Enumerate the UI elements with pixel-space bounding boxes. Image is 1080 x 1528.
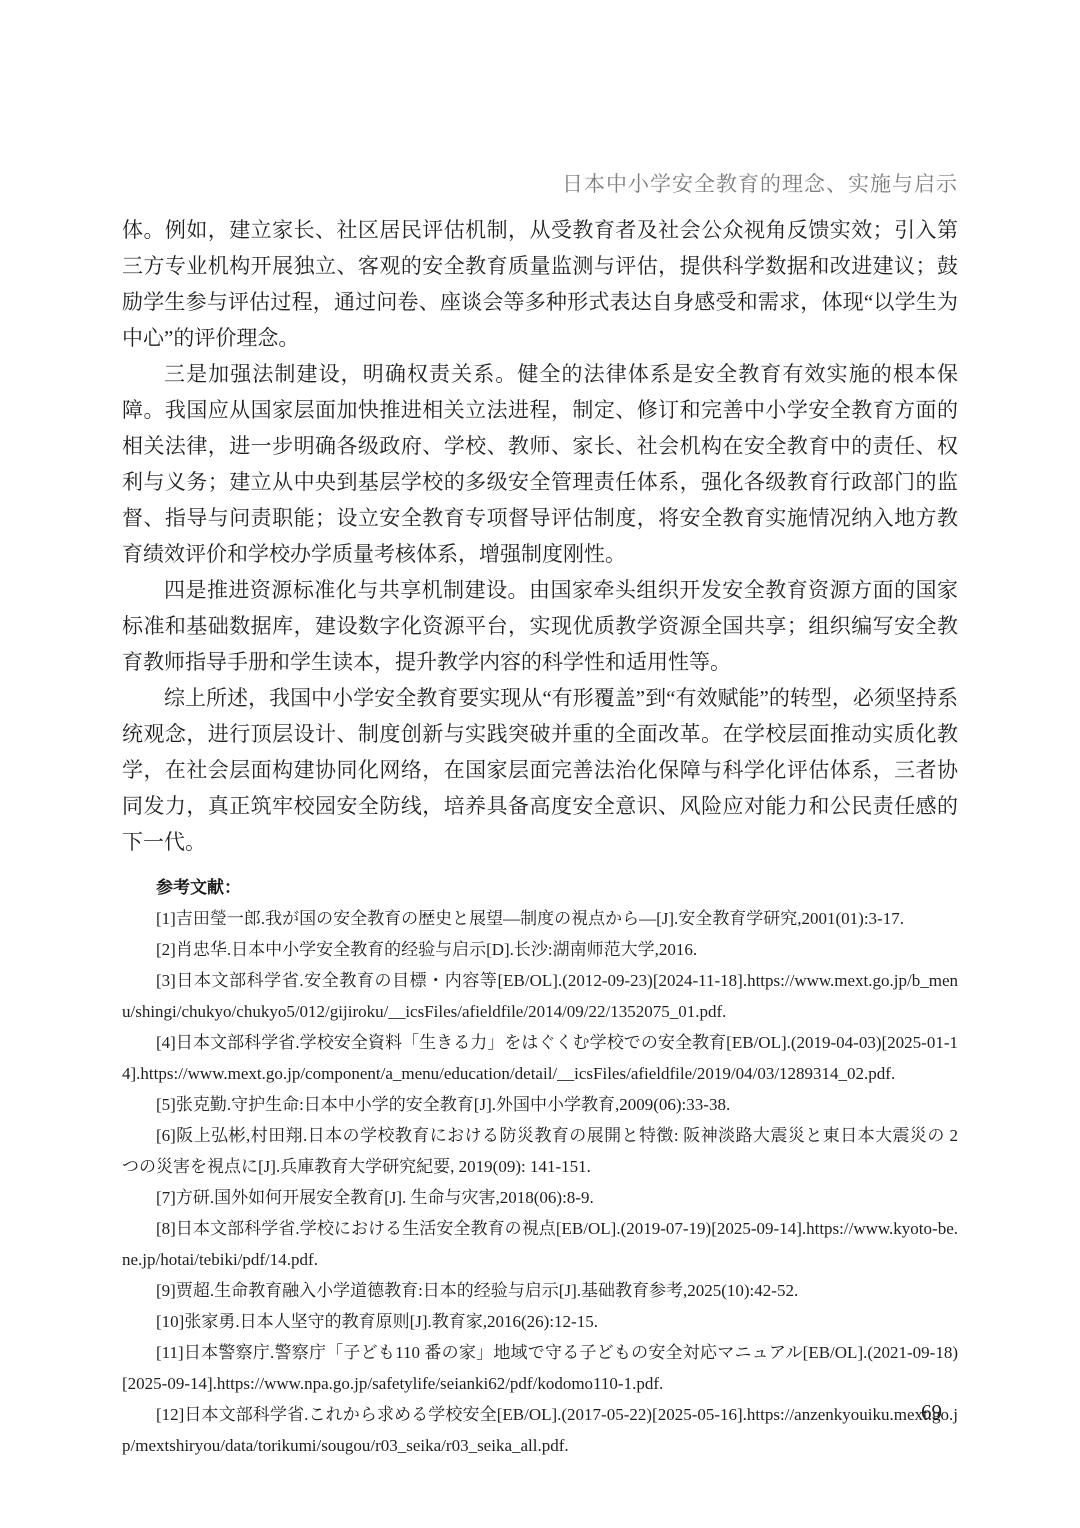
reference-item: [5]张克勤.守护生命:日本中小学的安全教育[J].外国中小学教育,2009(0… [122, 1089, 958, 1120]
reference-item: [2]肖忠华.日本中小学安全教育的经验与启示[D].长沙:湖南师范大学,2016… [122, 934, 958, 965]
paragraph: 三是加强法制建设，明确权责关系。健全的法律体系是安全教育有效实施的根本保障。我国… [122, 356, 958, 572]
reference-item: [11]日本警察庁.警察庁「子ども110 番の家」地域で守る子どもの安全対応マニ… [122, 1337, 958, 1399]
reference-item: [3]日本文部科学省.安全教育の目標・内容等[EB/OL].(2012-09-2… [122, 965, 958, 1027]
references-heading: 参考文献： [122, 872, 958, 903]
reference-item: [1]吉田瑩一郎.我が国の安全教育の歴史と展望―制度の視点から―[J].安全教育… [122, 903, 958, 934]
references-section: 参考文献： [1]吉田瑩一郎.我が国の安全教育の歴史と展望―制度の視点から―[J… [122, 872, 958, 1461]
reference-item: [7]方研.国外如何开展安全教育[J]. 生命与灾害,2018(06):8-9. [122, 1182, 958, 1213]
reference-item: [4]日本文部科学省.学校安全資料「生きる力」をはぐくむ学校での安全教育[EB/… [122, 1027, 958, 1089]
running-title: 日本中小学安全教育的理念、实施与启示 [122, 168, 958, 198]
document-page: 日本中小学安全教育的理念、实施与启示 体。例如，建立家长、社区居民评估机制，从受… [0, 0, 1080, 1528]
reference-item: [8]日本文部科学省.学校における生活安全教育の視点[EB/OL].(2019-… [122, 1213, 958, 1275]
page-number: 69 [122, 1400, 958, 1425]
reference-item: [6]阪上弘彬,村田翔.日本の学校教育における防災教育の展開と特徴: 阪神淡路大… [122, 1120, 958, 1182]
article-body: 体。例如，建立家长、社区居民评估机制，从受教育者及社会公众视角反馈实效；引入第三… [122, 212, 958, 1461]
reference-item: [10]张家勇.日本人坚守的教育原则[J].教育家,2016(26):12-15… [122, 1306, 958, 1337]
paragraph-continuation: 体。例如，建立家长、社区居民评估机制，从受教育者及社会公众视角反馈实效；引入第三… [122, 212, 958, 356]
paragraph: 四是推进资源标准化与共享机制建设。由国家牵头组织开发安全教育资源方面的国家标准和… [122, 572, 958, 680]
reference-item: [9]贾超.生命教育融入小学道德教育:日本的经验与启示[J].基础教育参考,20… [122, 1275, 958, 1306]
paragraph: 综上所述，我国中小学安全教育要实现从“有形覆盖”到“有效赋能”的转型，必须坚持系… [122, 680, 958, 860]
